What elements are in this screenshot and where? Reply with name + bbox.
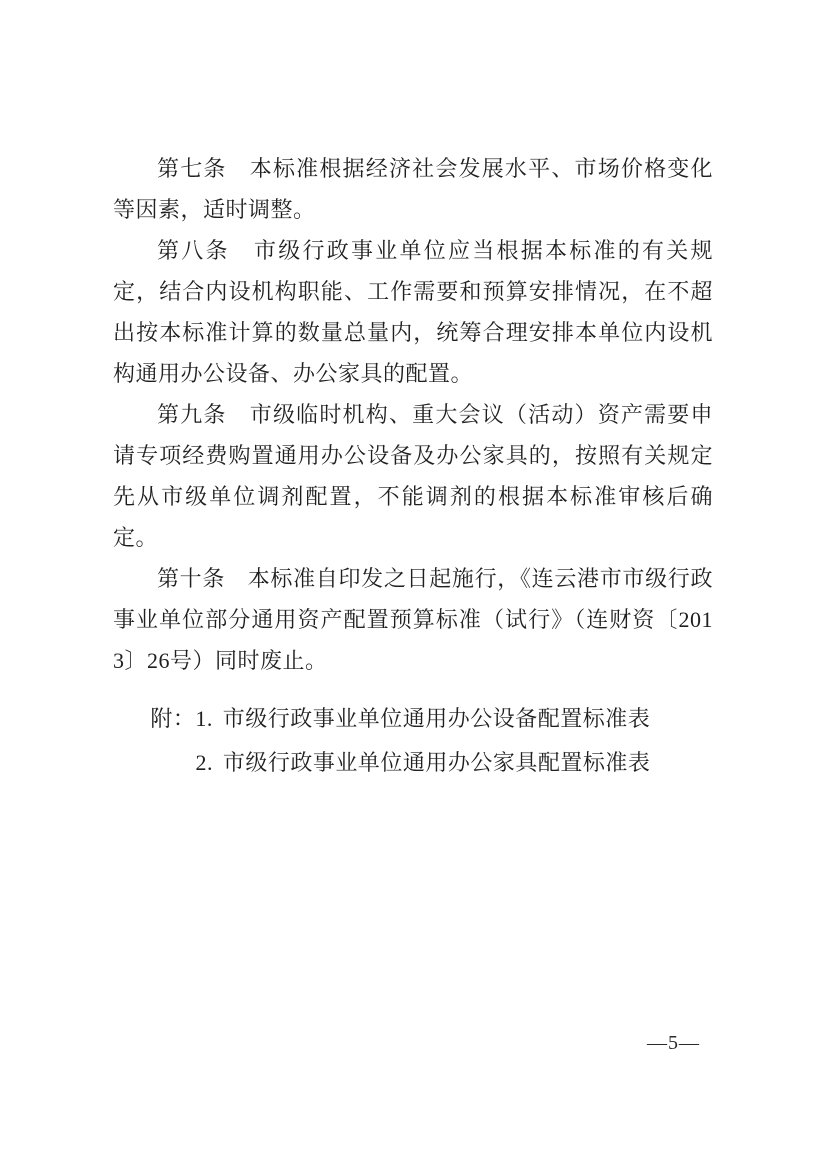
attachment-number: 2. [196,750,214,775]
attachment-title: 市级行政事业单位通用办公设备配置标准表 [223,706,651,731]
paragraph-article-8: 第八条 市级行政事业单位应当根据本标准的有关规定，结合内设机构职能、工作需要和预… [113,230,713,394]
page-number: —5— [0,1032,700,1054]
attachment-item: 2.市级行政事业单位通用办公家具配置标准表 [113,741,713,785]
paragraph-article-9: 第九条 市级临时机构、重大会议（活动）资产需要申请专项经费购置通用办公设备及办公… [113,394,713,558]
attachment-item: 附：1.市级行政事业单位通用办公设备配置标准表 [113,697,713,741]
document-page: 第七条 本标准根据经济社会发展水平、市场价格变化等因素，适时调整。 第八条 市级… [0,0,827,1169]
attachment-title: 市级行政事业单位通用办公家具配置标准表 [223,750,651,775]
document-body: 第七条 本标准根据经济社会发展水平、市场价格变化等因素，适时调整。 第八条 市级… [113,148,713,681]
document-content: 第七条 本标准根据经济社会发展水平、市场价格变化等因素，适时调整。 第八条 市级… [113,148,713,785]
paragraph-article-7: 第七条 本标准根据经济社会发展水平、市场价格变化等因素，适时调整。 [113,148,713,230]
attachments-section: 附：1.市级行政事业单位通用办公设备配置标准表 2.市级行政事业单位通用办公家具… [113,697,713,785]
attachment-number: 1. [195,706,213,731]
attachments-label: 附： [150,706,195,731]
paragraph-article-10: 第十条 本标准自印发之日起施行，《连云港市市级行政事业单位部分通用资产配置预算标… [113,558,713,681]
